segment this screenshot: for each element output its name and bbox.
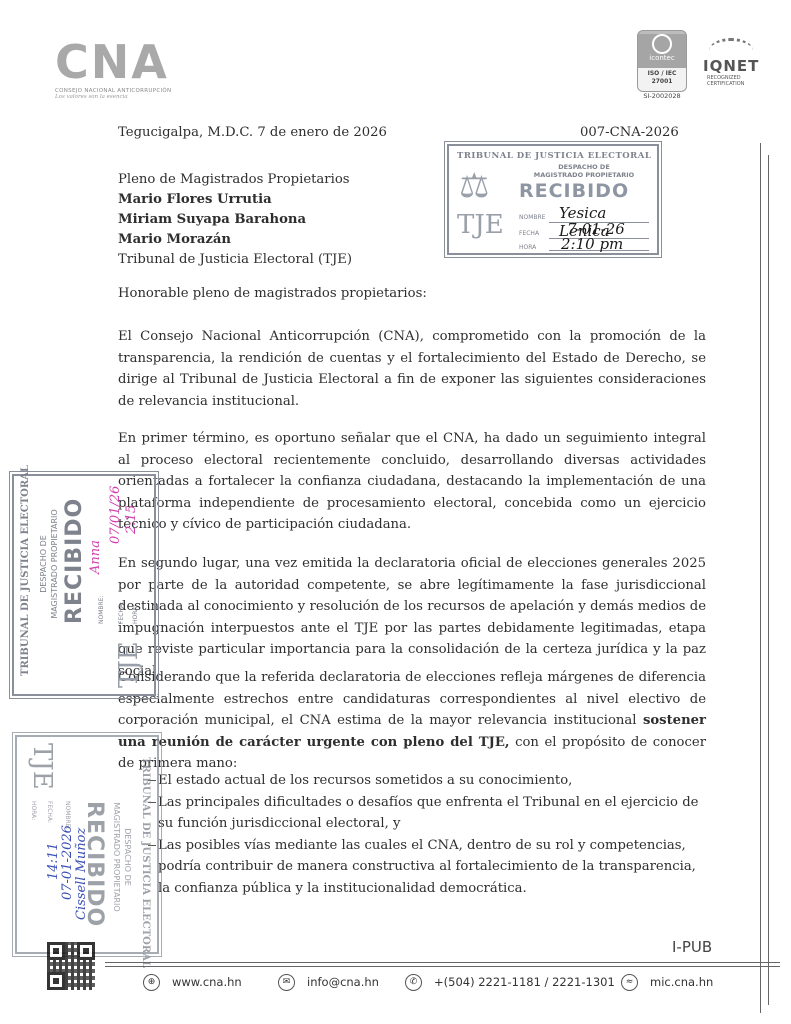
list-item: El estado actual de los recursos sometid… — [158, 770, 706, 792]
scales-of-justice-icon: ⚖ — [459, 166, 489, 206]
paragraph-first: En primer término, es oportuno señalar q… — [118, 428, 706, 536]
stamp-office-line: DESPACHO DE — [122, 797, 133, 917]
paragraph-intro: El Consejo Nacional Anticorrupción (CNA)… — [118, 326, 706, 412]
stamp-office-line: DESPACHO DE — [529, 163, 639, 171]
phone-number[interactable]: +(504) 2221-1181 / 2221-1301 — [434, 975, 615, 989]
handwritten-date: 07/01/26 — [108, 486, 123, 544]
logo-mark: CNA — [55, 38, 185, 86]
classification-label: I-PUB — [672, 938, 712, 956]
footer-divider — [105, 966, 780, 967]
icontec-certification-badge: icontec ISO / IEC 27001 — [637, 30, 687, 92]
handwritten-bottom-stamp: Cissell Muñoz 07-01-2026 14:11 — [48, 800, 88, 960]
stamp-office: DESPACHO DE MAGISTRADO PROPIETARIO — [111, 797, 133, 917]
recipient-name: Mario Flores Urrutia — [118, 190, 352, 210]
stamp-office: DESPACHO DE MAGISTRADO PROPIETARIO — [529, 163, 639, 179]
website-link[interactable]: www.cna.hn — [172, 975, 242, 989]
stamp-office-line: MAGISTRADO PROPIETARIO — [111, 797, 122, 917]
qr-finder — [47, 972, 65, 990]
place-date: Tegucigalpa, M.D.C. 7 de enero de 2026 — [118, 122, 387, 144]
handwritten-time: 2:15 — [124, 505, 139, 534]
footer-phone[interactable]: ✆+(504) 2221-1181 / 2221-1301 — [405, 974, 615, 991]
footer-mic[interactable]: ≈mic.cna.hn — [621, 974, 713, 991]
stamp-name-label: NOMBRE: — [98, 596, 105, 625]
stamp-office-line: DESPACHO DE — [38, 504, 49, 624]
phone-icon: ✆ — [405, 974, 422, 991]
qr-finder — [47, 942, 65, 960]
stamp-office-line: MAGISTRADO PROPIETARIO — [49, 504, 60, 624]
recipient-line: Tribunal de Justicia Electoral (TJE) — [118, 250, 352, 270]
stamp-time-label: HORA — [519, 244, 536, 251]
handwritten-name: Anna — [88, 540, 103, 574]
stamp-court-abbr: TJE — [457, 210, 504, 240]
border-line-outer — [760, 143, 761, 1013]
globe-icon: ⊕ — [143, 974, 160, 991]
footer-email[interactable]: ✉info@cna.hn — [278, 974, 379, 991]
list-item: Las posibles vías mediante las cuales el… — [158, 835, 706, 900]
iqnet-name: IQNET — [703, 57, 765, 75]
border-line-inner — [768, 155, 769, 1005]
stamp-time-label: HORA: — [132, 605, 139, 624]
salutation: Honorable pleno de magistrados propietar… — [118, 283, 427, 305]
stamp-office: DESPACHO DE MAGISTRADO PROPIETARIO — [38, 504, 60, 624]
cna-logo: CNA CONSEJO NACIONAL ANTICORRUPCIÓN Los … — [55, 38, 185, 108]
handwritten-name: Cissell Muñoz — [74, 828, 89, 920]
chat-icon: ≈ — [621, 974, 638, 991]
purpose-list: El estado actual de los recursos sometid… — [158, 770, 706, 899]
email-link[interactable]: info@cna.hn — [307, 975, 379, 989]
handwritten-date: 07-01-2026 — [60, 825, 75, 900]
received-stamp-left: TRIBUNAL DE JUSTICIA ELECTORAL DESPACHO … — [12, 474, 156, 696]
icontec-label: icontec — [649, 54, 674, 62]
stamp-time-label: HORA: — [30, 801, 37, 820]
mail-icon: ✉ — [278, 974, 295, 991]
qr-code — [47, 942, 95, 990]
list-item: Las principales dificultades o desafíos … — [158, 792, 706, 835]
received-stamp-top: TRIBUNAL DE JUSTICIA ELECTORAL ⚖ DESPACH… — [447, 144, 659, 255]
footer-divider — [105, 962, 780, 963]
icontec-code: SI-2002028 — [637, 92, 687, 100]
reference-number: 007-CNA-2026 — [580, 122, 679, 144]
footer-website[interactable]: ⊕www.cna.hn — [143, 974, 242, 991]
handwritten-time: 14:11 — [46, 843, 61, 880]
stamp-date-label: FECHA — [519, 230, 539, 237]
stamp-title: TRIBUNAL DE JUSTICIA ELECTORAL — [20, 465, 31, 676]
icontec-standard: ISO / IEC — [638, 70, 686, 78]
stamp-court-abbr: TJE — [27, 743, 57, 790]
icontec-number: 27001 — [638, 78, 686, 86]
recipients-block: Pleno de Magistrados Propietarios Mario … — [118, 170, 352, 270]
mic-link[interactable]: mic.cna.hn — [650, 975, 713, 989]
stamp-status: RECIBIDO — [62, 498, 87, 624]
recipient-line: Pleno de Magistrados Propietarios — [118, 170, 352, 190]
paragraph-second: En segundo lugar, una vez emitida la dec… — [118, 553, 706, 682]
stamp-title: TRIBUNAL DE JUSTICIA ELECTORAL — [140, 757, 151, 968]
iqnet-certification-badge: IQNET RECOGNIZED CERTIFICATION — [695, 38, 765, 98]
paragraph-considering: Considerando que la referida declaratori… — [118, 667, 706, 775]
stamp-office-line: MAGISTRADO PROPIETARIO — [529, 171, 639, 179]
recipient-name: Mario Morazán — [118, 230, 352, 250]
icontec-logo-icon — [652, 34, 672, 54]
paragraph-text: Considerando que la referida declaratori… — [118, 670, 706, 728]
stamp-date-label: FECHA: — [118, 602, 125, 624]
stamp-court-abbr: TJE — [114, 641, 144, 688]
stamp-title: TRIBUNAL DE JUSTICIA ELECTORAL — [457, 151, 651, 161]
logo-tagline: Los valores son la esencia — [55, 94, 185, 100]
iqnet-line2: CERTIFICATION — [707, 81, 765, 87]
qr-finder — [77, 942, 95, 960]
handwritten-time: 2:10 pm — [561, 235, 623, 253]
recipient-name: Miriam Suyapa Barahona — [118, 210, 352, 230]
stamp-name-label: NOMBRE — [519, 214, 545, 221]
stamp-status: RECIBIDO — [519, 180, 629, 202]
